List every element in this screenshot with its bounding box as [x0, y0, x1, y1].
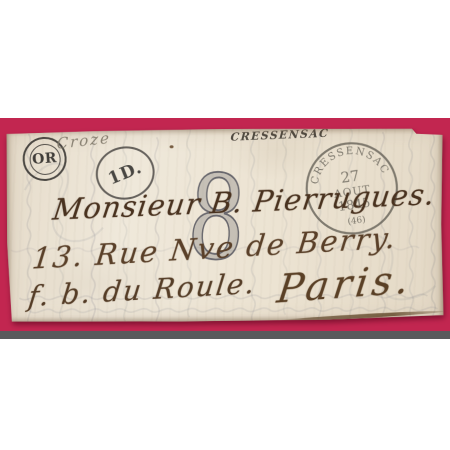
letter-cover: OR Croze CRESSENSAC 1D. CRESSENSAC 27 AO… [6, 128, 443, 323]
address-city: Paris. [274, 257, 415, 313]
photo-bottom-bar [0, 331, 450, 339]
or-stamp-label: OR [32, 150, 58, 168]
pencil-annotation: Croze [56, 129, 111, 153]
letter-cover-wrap: OR Croze CRESSENSAC 1D. CRESSENSAC 27 AO… [6, 128, 443, 323]
decime-rate-label: 1D. [105, 157, 145, 189]
ink-spot [170, 145, 174, 148]
